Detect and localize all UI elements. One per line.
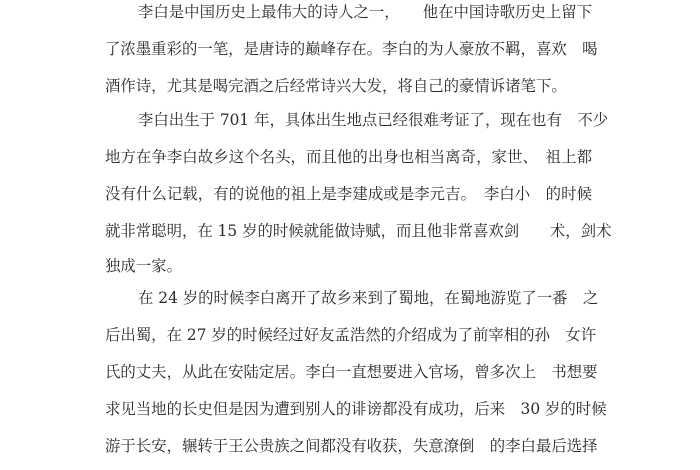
text-line: 酒作诗，尤其是喝完酒之后经常诗兴大发，将自己的豪情诉诸笔下。 [105, 76, 592, 96]
text-line: 游于长安，辗转于王公贵族之间都没有收获，失意潦倒 的李白最后选择 [105, 436, 592, 456]
text-line: 地方在争李白故乡这个名头，而且他的出身也相当离奇，家世、 祖上都 [105, 147, 592, 167]
text-line: 没有什么记载，有的说他的祖上是李建成或是李元吉。 李白小 的时候 [105, 184, 592, 204]
text-line: 独成一家。 [105, 256, 592, 276]
text-line: 就非常聪明，在 15 岁的时候就能做诗赋，而且他非常喜欢剑 术，剑术 [105, 221, 592, 241]
document-page: 李白是中国历史上最伟大的诗人之一， 他在中国诗歌历史上留下 了浓墨重彩的一笔，是… [0, 0, 700, 470]
text-line: 李白出生于 701 年，具体出生地点已经很难考证了，现在也有 不少 [138, 110, 592, 130]
text-line: 了浓墨重彩的一笔，是唐诗的巅峰存在。李白的为人豪放不羁，喜欢 喝 [105, 39, 592, 59]
text-line: 氏的丈夫，从此在安陆定居。李白一直想要进入官场，曾多次上 书想要 [105, 362, 592, 382]
text-line: 在 24 岁的时候李白离开了故乡来到了蜀地，在蜀地游览了一番 之 [138, 288, 592, 308]
text-line: 求见当地的长史但是因为遭到别人的诽谤都没有成功，后来 30 岁的时候 [105, 399, 592, 419]
text-line: 后出蜀，在 27 岁的时候经过好友孟浩然的介绍成为了前宰相的孙 女许 [105, 325, 592, 345]
text-line: 李白是中国历史上最伟大的诗人之一， 他在中国诗歌历史上留下 [138, 2, 592, 22]
